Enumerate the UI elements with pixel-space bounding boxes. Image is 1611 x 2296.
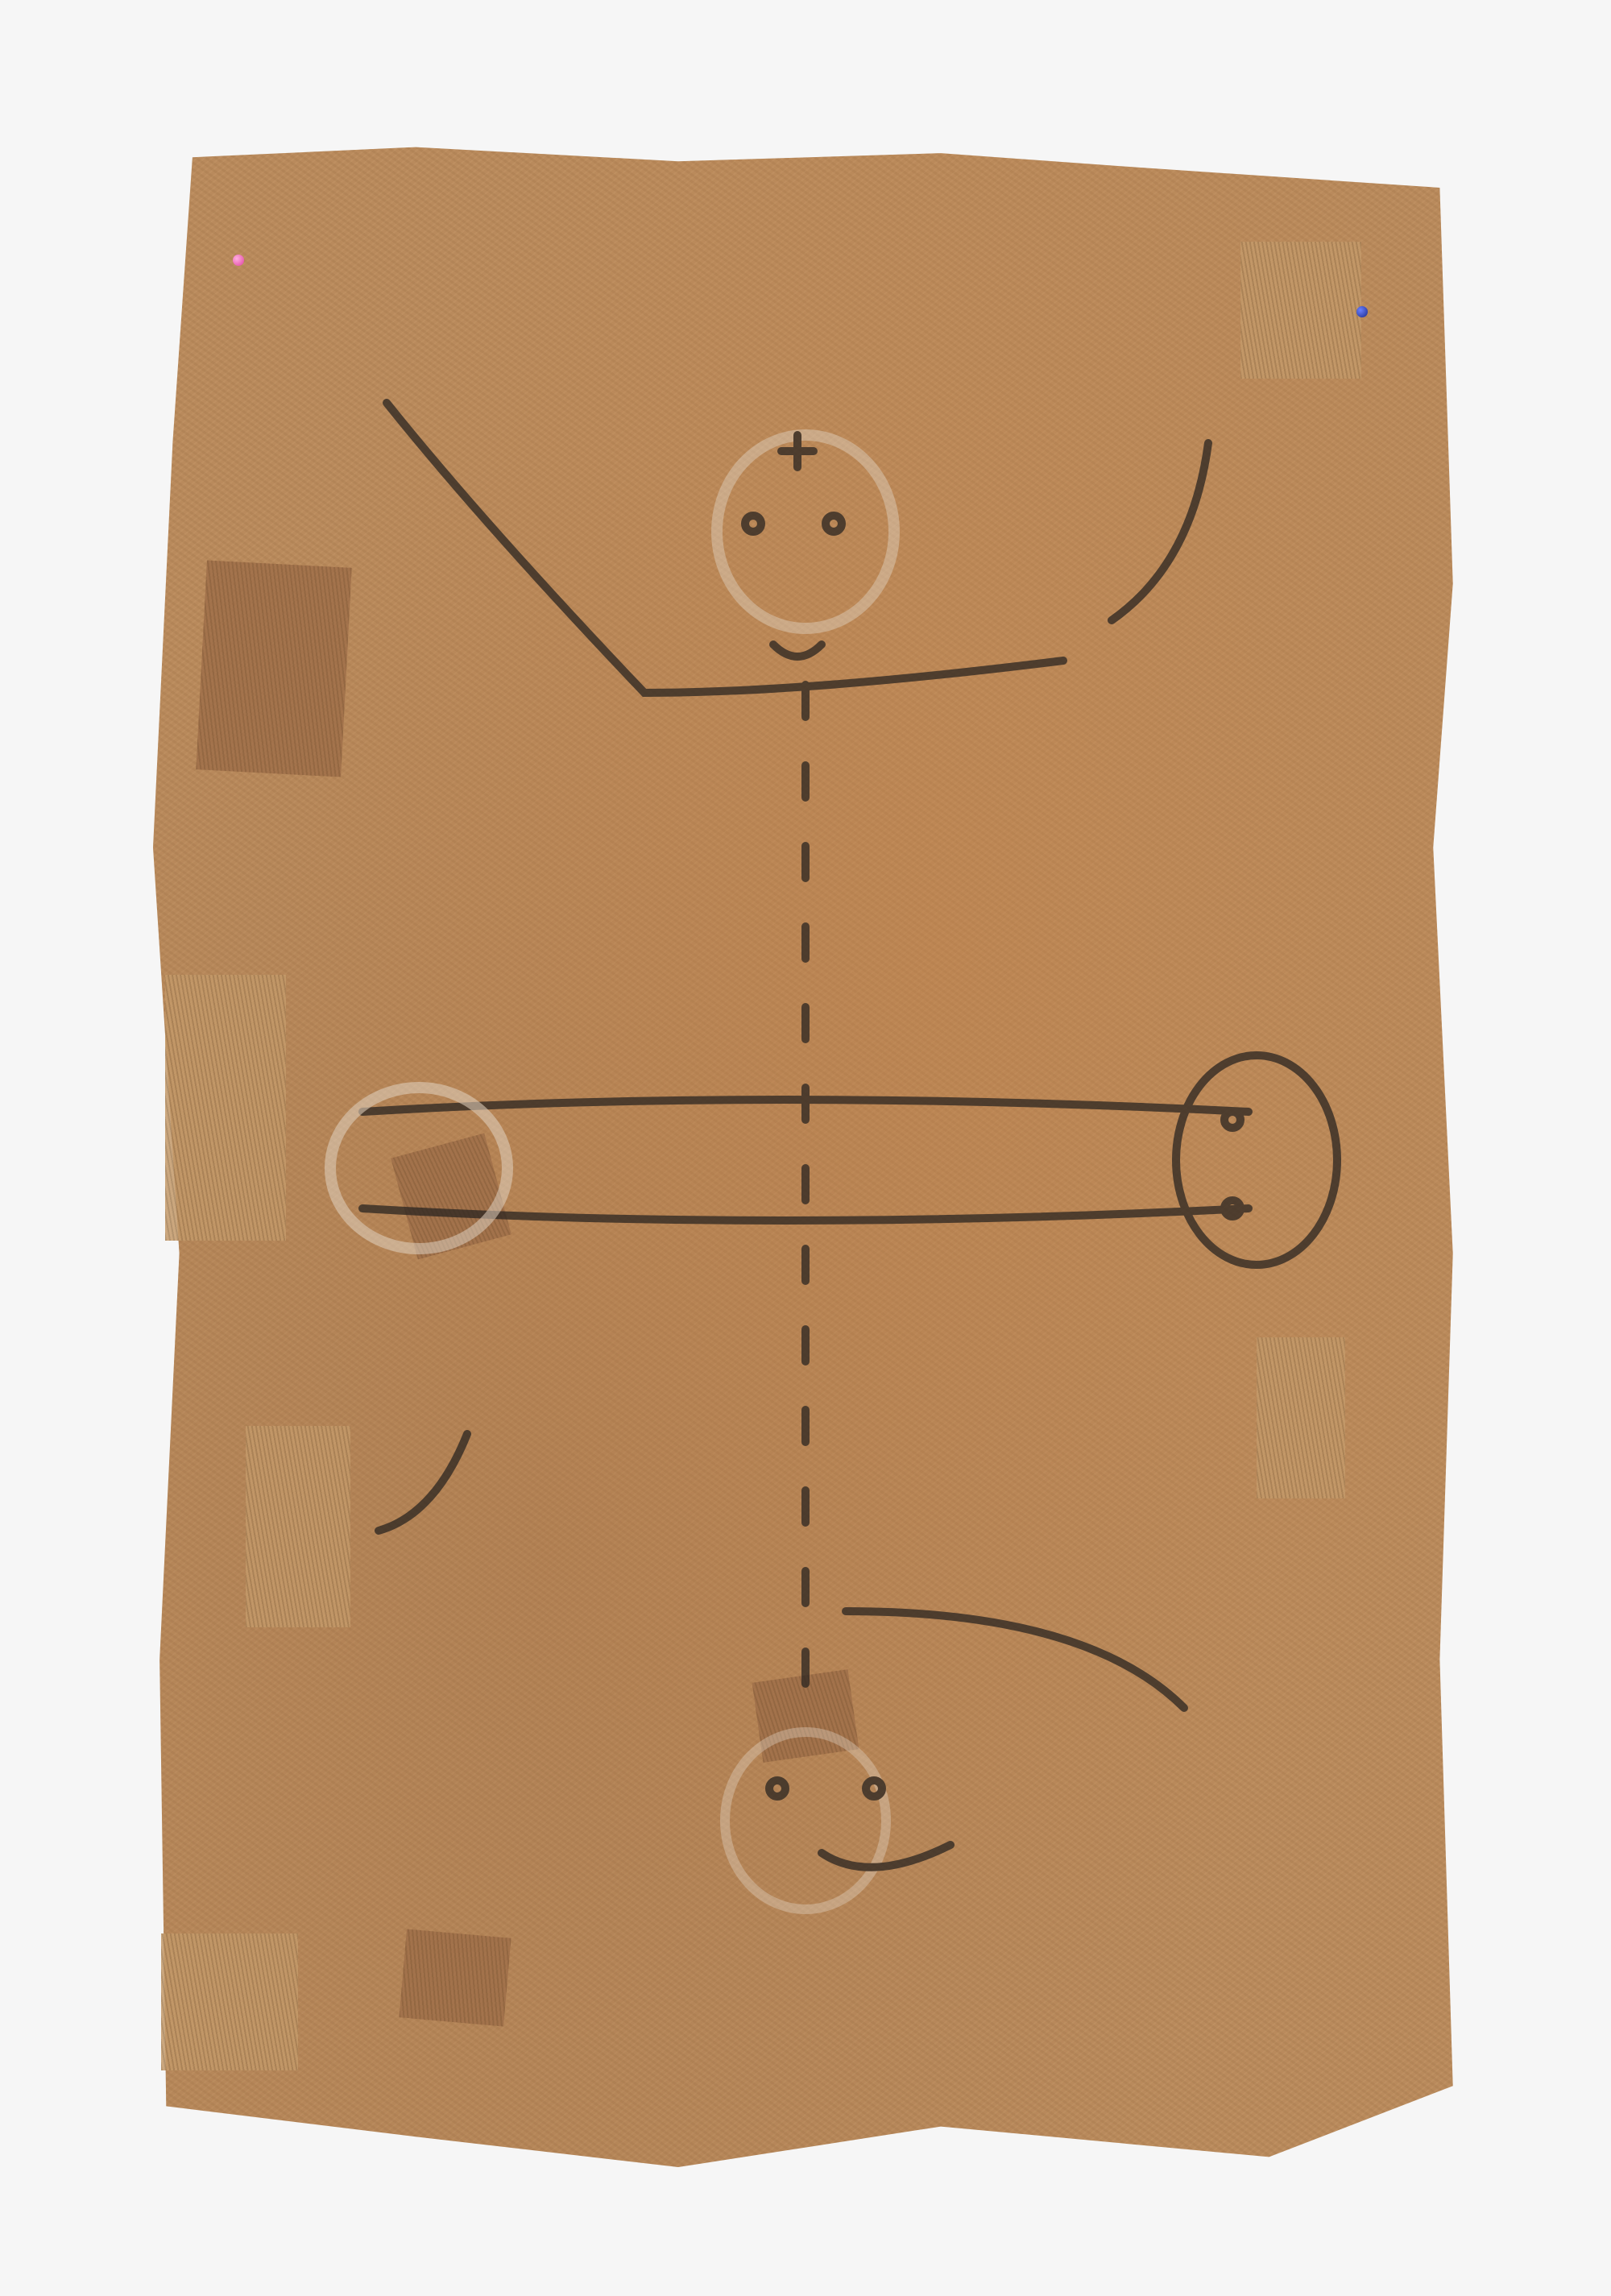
pink-pin [233, 255, 244, 266]
painted-figures [0, 0, 1611, 2296]
blue-pin [1356, 306, 1368, 317]
